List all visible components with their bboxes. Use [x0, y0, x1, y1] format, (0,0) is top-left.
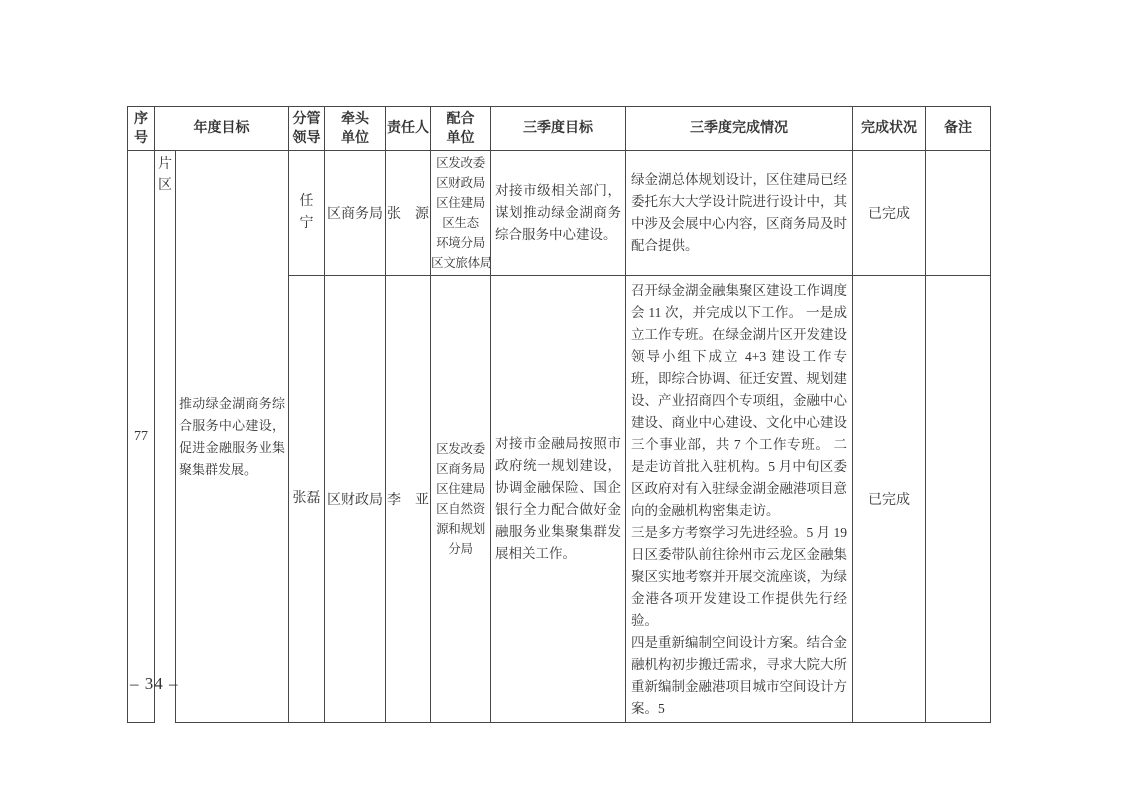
header-row: 序 号 年度目标 分管 领导 牵头 单位 责任人 配合 单位 三季度目标 三季度…: [128, 107, 991, 151]
col-header-lead-unit: 牵头 单位: [325, 107, 386, 151]
progress-table: 序 号 年度目标 分管 领导 牵头 单位 责任人 配合 单位 三季度目标 三季度…: [127, 106, 991, 723]
col-header-responsible: 责任人: [386, 107, 431, 151]
cell-lead-unit-2: 区财政局: [325, 276, 386, 723]
col-header-q3-goal: 三季度目标: [491, 107, 626, 151]
cell-coop-units-1: 区发改委 区财政局 区住建局 区生态 环境分局 区文旅体局: [431, 151, 491, 276]
col-header-leader: 分管 领导: [289, 107, 325, 151]
cell-zone-label: 片 区: [155, 151, 176, 723]
cell-remark-2: [926, 276, 991, 723]
cell-responsible-2: 李 亚: [386, 276, 431, 723]
cell-q3-completion-2: 召开绿金湖金融集聚区建设工作调度会 11 次，并完成以下工作。 一是成立工作专班…: [626, 276, 853, 723]
cell-coop-units-2: 区发改委 区商务局 区住建局 区自然资 源和规划 分局: [431, 276, 491, 723]
cell-status-2: 已完成: [853, 276, 926, 723]
col-header-annual-goal: 年度目标: [155, 107, 289, 151]
cell-responsible-1: 张 源: [386, 151, 431, 276]
col-header-remark: 备注: [926, 107, 991, 151]
page-number: – 34 –: [130, 674, 179, 694]
cell-annual-goal: 推动绿金湖商务综合服务中心建设，促进金融服务业集聚集群发展。: [176, 151, 289, 723]
cell-lead-unit-1: 区商务局: [325, 151, 386, 276]
cell-leader-2: 张磊: [289, 276, 325, 723]
cell-remark-1: [926, 151, 991, 276]
col-header-coop-unit: 配合 单位: [431, 107, 491, 151]
col-header-status: 完成状况: [853, 107, 926, 151]
cell-status-1: 已完成: [853, 151, 926, 276]
cell-serial-number: 77: [128, 151, 155, 723]
cell-q3-goal-2: 对接市金融局按照市政府统一规划建设，协调金融保险、国企银行全力配合做好金融服务业…: [491, 276, 626, 723]
cell-leader-1: 任 宁: [289, 151, 325, 276]
col-header-serial: 序 号: [128, 107, 155, 151]
task-row-1: 77 片 区 推动绿金湖商务综合服务中心建设，促进金融服务业集聚集群发展。 任 …: [128, 151, 991, 276]
cell-q3-completion-1: 绿金湖总体规划设计，区住建局已经委托东大大学设计院进行设计中，其中涉及会展中心内…: [626, 151, 853, 276]
cell-q3-goal-1: 对接市级相关部门，谋划推动绿金湖商务综合服务中心建设。: [491, 151, 626, 276]
col-header-q3-completion: 三季度完成情况: [626, 107, 853, 151]
